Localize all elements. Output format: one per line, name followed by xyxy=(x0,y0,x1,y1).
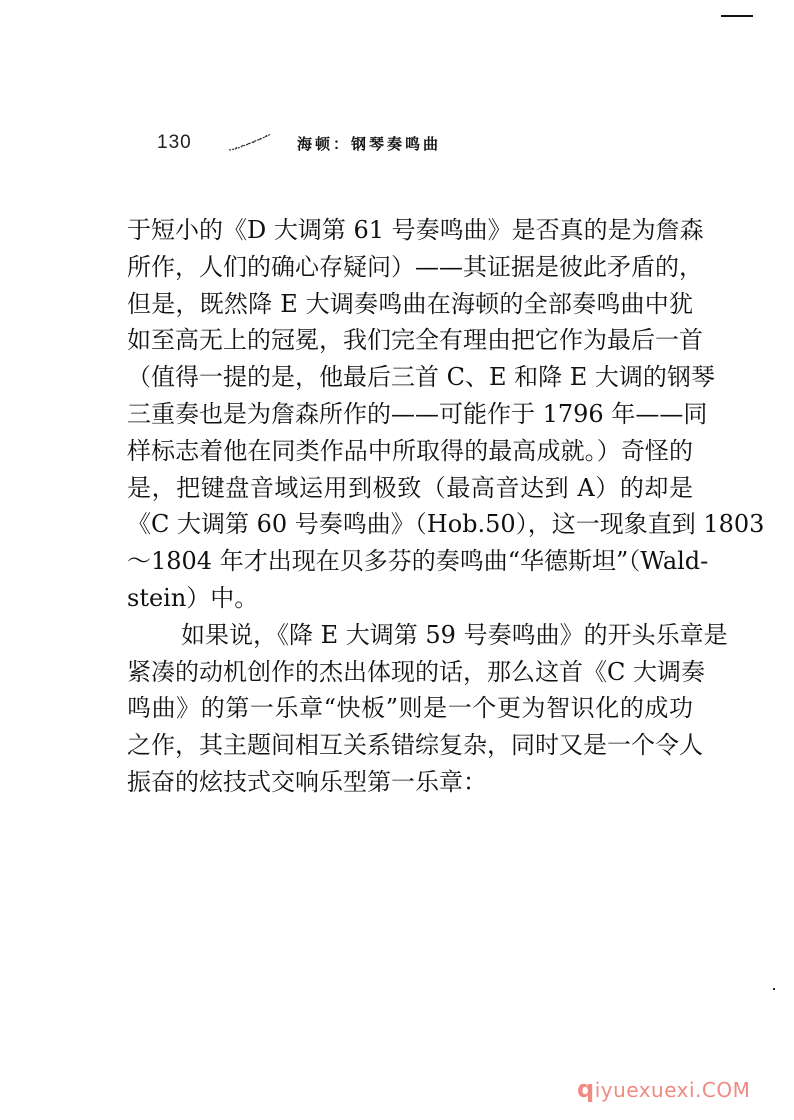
body-text: 于短小的《D 大调第 61 号奏鸣曲》是否真的是为詹森 所作，人们的确心存疑问）… xyxy=(127,212,693,801)
text-line: stein）中。 xyxy=(127,580,693,617)
text-line: （值得一提的是，他最后三首 C、E 和降 E 大调的钢琴 xyxy=(127,359,693,396)
text-line: 样标志着他在同类作品中所取得的最高成就。）奇怪的 xyxy=(127,433,693,470)
paragraph-1: 于短小的《D 大调第 61 号奏鸣曲》是否真的是为詹森 所作，人们的确心存疑问）… xyxy=(127,212,693,617)
text-line: 紧凑的动机创作的杰出体现的话，那么这首《C 大调奏 xyxy=(127,654,693,691)
text-line: ～1804 年才出现在贝多芬的奏鸣曲“华德斯坦”（Wald- xyxy=(127,543,693,580)
decorative-flourish-icon xyxy=(227,133,273,153)
text-line: 如至高无上的冠冕，我们完全有理由把它作为最后一首 xyxy=(127,322,693,359)
watermark-first-letter: q xyxy=(577,1075,595,1103)
text-line: 于短小的《D 大调第 61 号奏鸣曲》是否真的是为詹森 xyxy=(127,212,693,249)
text-line: 鸣曲》的第一乐章“快板”则是一个更为智识化的成功 xyxy=(127,690,693,727)
corner-rule xyxy=(721,15,753,17)
watermark-text: iyuexuexi.COM xyxy=(595,1078,751,1102)
paragraph-2: 如果说，《降 E 大调第 59 号奏鸣曲》的开头乐章是 紧凑的动机创作的杰出体现… xyxy=(127,617,693,801)
watermark: qiyuexuexi.COM xyxy=(577,1075,750,1103)
text-line: 是，把键盘音域运用到极致（最高音达到 A）的却是 xyxy=(127,470,693,507)
page-number: 130 xyxy=(157,132,227,154)
text-line: 三重奏也是为詹森所作的——可能作于 1796 年——同 xyxy=(127,396,693,433)
text-line: 如果说，《降 E 大调第 59 号奏鸣曲》的开头乐章是 xyxy=(127,617,693,654)
text-line: 所作，人们的确心存疑问）——其证据是彼此矛盾的， xyxy=(127,249,693,286)
book-title: 海顿：钢琴奏鸣曲 xyxy=(297,133,441,154)
text-line: 《C 大调第 60 号奏鸣曲》（Hob.50），这一现象直到 1803 xyxy=(127,506,693,543)
running-head: 130 海顿：钢琴奏鸣曲 xyxy=(157,128,441,158)
text-line: 但是，既然降 E 大调奏鸣曲在海顿的全部奏鸣曲中犹 xyxy=(127,286,693,323)
text-line: 振奋的炫技式交响乐型第一乐章： xyxy=(127,764,693,801)
text-line: 之作，其主题间相互关系错综复杂，同时又是一个令人 xyxy=(127,727,693,764)
scan-speck xyxy=(773,988,775,990)
